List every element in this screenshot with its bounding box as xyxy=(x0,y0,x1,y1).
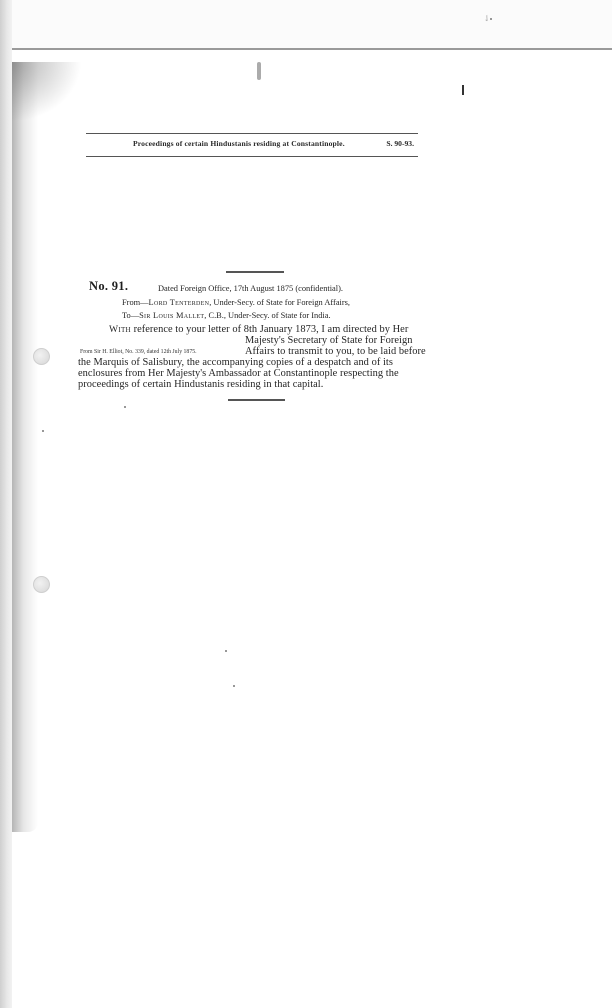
body-line-2: Majesty's Secretary of State for Foreign xyxy=(245,335,412,346)
section-divider xyxy=(226,271,284,273)
document-to-line: To—Sir Louis Mallet, C.B., Under-Secy. o… xyxy=(122,311,331,320)
from-name: Lord Tenterden xyxy=(149,298,210,307)
scan-speck xyxy=(124,406,126,408)
scan-speck xyxy=(233,685,235,687)
to-prefix: To— xyxy=(122,311,139,320)
scan-speck xyxy=(42,430,44,432)
from-rest: , Under-Secy. of State for Foreign Affai… xyxy=(209,298,350,307)
body-line-4: the Marquis of Salisbury, the accompanyi… xyxy=(78,357,393,368)
marginal-note: From Sir H. Elliot, No. 339, dated 12th … xyxy=(80,349,197,355)
end-divider xyxy=(228,399,285,401)
document-from-line: From—Lord Tenterden, Under-Secy. of Stat… xyxy=(122,298,350,307)
scan-tick-mark xyxy=(462,85,464,95)
running-head-pages: S. 90-93. xyxy=(386,139,414,148)
scan-speck xyxy=(490,18,492,20)
body-line-6: proceedings of certain Hindustanis resid… xyxy=(78,379,323,390)
document-number: No. 91. xyxy=(89,279,128,294)
punch-hole-icon xyxy=(33,348,50,365)
body-line-1-text: reference to your letter of 8th January … xyxy=(131,324,408,335)
body-line-3: Affairs to transmit to you, to be laid b… xyxy=(245,346,426,357)
running-head: Proceedings of certain Hindustanis resid… xyxy=(86,133,418,157)
scan-left-edge xyxy=(0,0,12,1008)
page-binding-shadow xyxy=(12,62,38,832)
running-head-title: Proceedings of certain Hindustanis resid… xyxy=(133,139,345,148)
punch-hole-icon xyxy=(33,576,50,593)
body-line-5: enclosures from Her Majesty's Ambassador… xyxy=(78,368,399,379)
to-rest: , C.B., Under-Secy. of State for India. xyxy=(204,311,330,320)
body-line-1: With reference to your letter of 8th Jan… xyxy=(109,324,408,335)
document-date-line: Dated Foreign Office, 17th August 1875 (… xyxy=(158,284,343,293)
from-prefix: From— xyxy=(122,298,149,307)
scan-speck xyxy=(225,650,227,652)
body-first-word: With xyxy=(109,324,131,335)
to-name: Sir Louis Mallet xyxy=(139,311,204,320)
page-corner-shadow xyxy=(12,62,82,122)
scan-smudge xyxy=(257,62,261,80)
document-page xyxy=(12,48,612,1008)
